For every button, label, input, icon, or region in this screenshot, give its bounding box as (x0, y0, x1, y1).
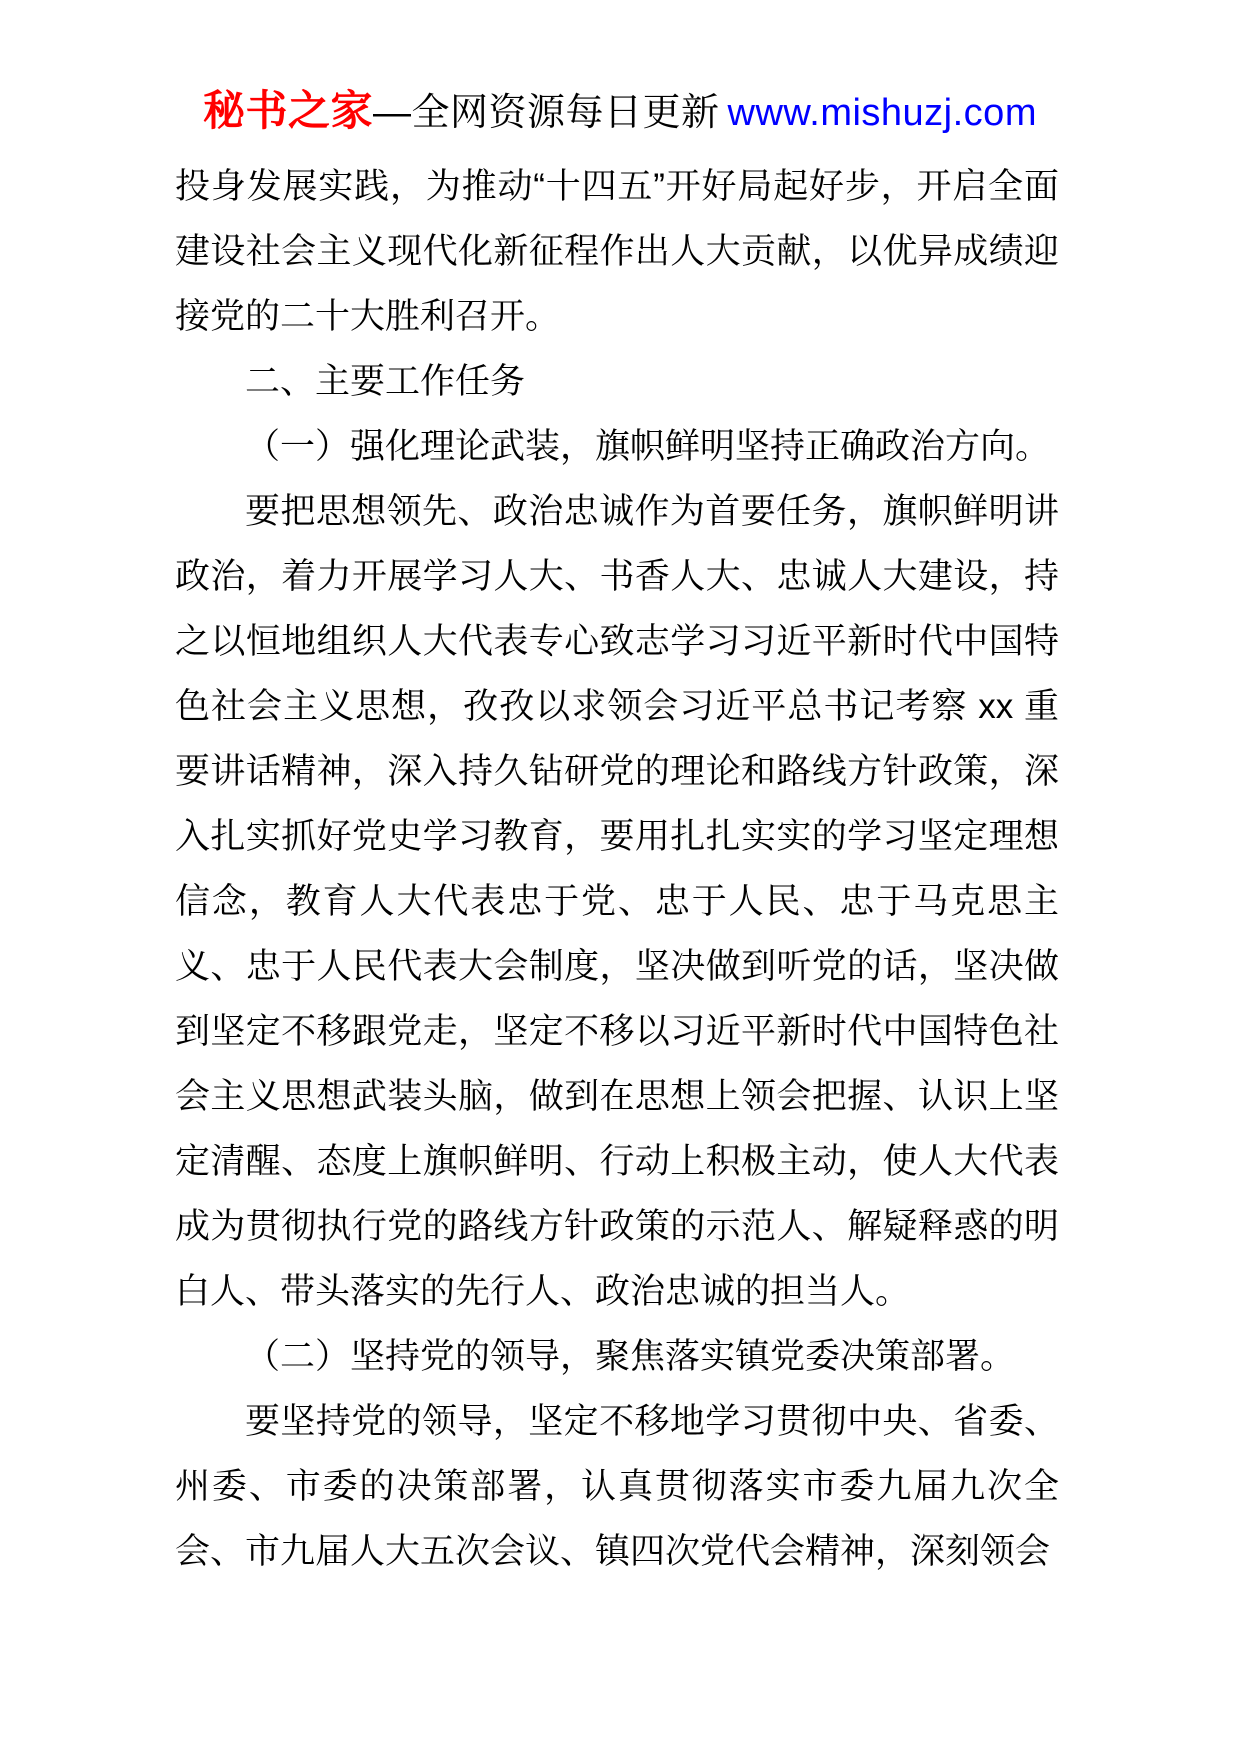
sub-heading-2: （二）坚持党的领导，聚焦落实镇党委决策部署。 (175, 1324, 1059, 1389)
sub-heading-1: （一）强化理论武装，旗帜鲜明坚持正确政治方向。 (175, 414, 1059, 479)
paragraph-continuation: 投身发展实践，为推动“十四五”开好局起好步，开启全面建设社会主义现代化新征程作出… (175, 154, 1059, 349)
section-heading: 二、主要工作任务 (175, 349, 1059, 414)
document-body: 投身发展实践，为推动“十四五”开好局起好步，开启全面建设社会主义现代化新征程作出… (175, 154, 1059, 1584)
site-tagline: 全网资源每日更新 (412, 92, 720, 134)
header-dash: — (373, 92, 412, 134)
document-page: 秘书之家—全网资源每日更新www.mishuzj.com 投身发展实践，为推动“… (0, 0, 1240, 1754)
paragraph-body-2: 要坚持党的领导，坚定不移地学习贯彻中央、省委、州委、市委的决策部署，认真贯彻落实… (175, 1389, 1059, 1584)
site-header: 秘书之家—全网资源每日更新www.mishuzj.com (0, 86, 1240, 138)
site-url-link[interactable]: www.mishuzj.com (728, 92, 1037, 134)
paragraph-body-1: 要把思想领先、政治忠诚作为首要任务，旗帜鲜明讲政治，着力开展学习人大、书香人大、… (175, 479, 1059, 1324)
site-brand: 秘书之家 (203, 87, 373, 134)
